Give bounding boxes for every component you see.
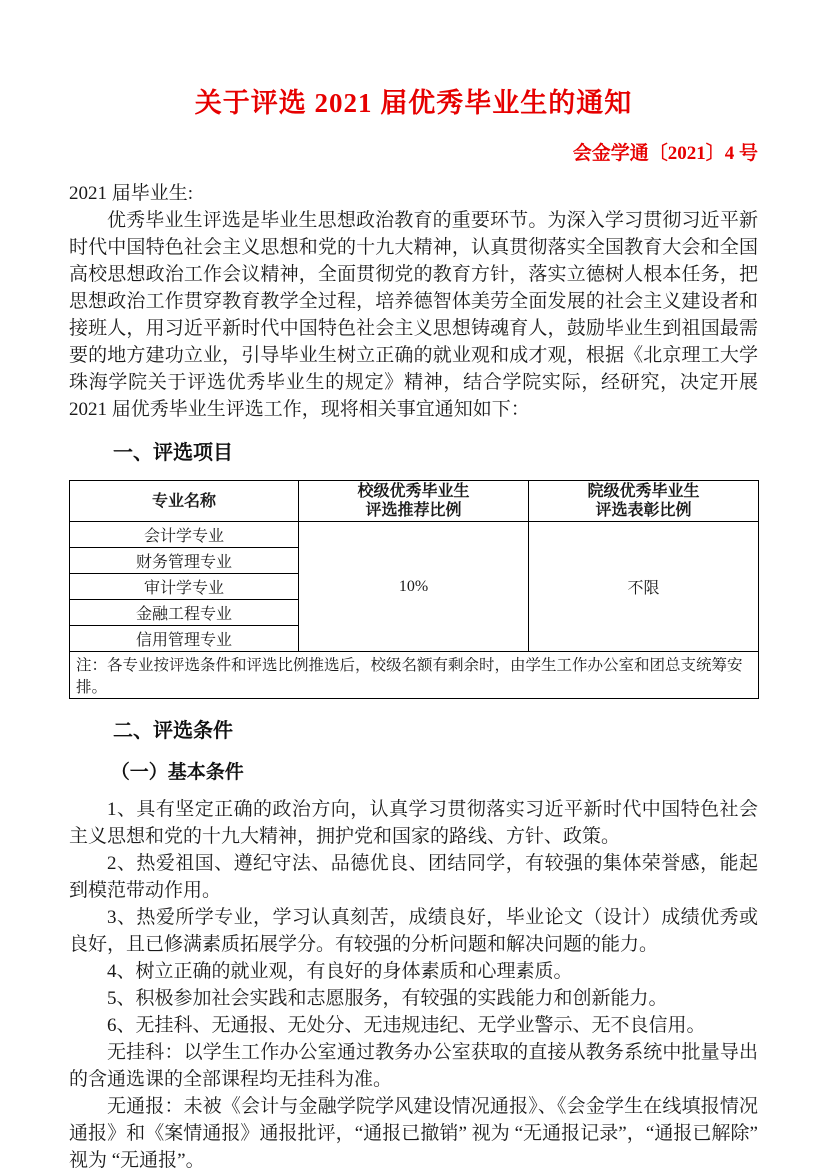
table-header-row: 专业名称 校级优秀毕业生 评选推荐比例 院级优秀毕业生 评选表彰比例: [70, 481, 759, 522]
document-page: 关于评选 2021 届优秀毕业生的通知 会金学通〔2021〕4 号 2021 届…: [0, 0, 827, 1169]
col-header-college-ratio: 院级优秀毕业生 评选表彰比例: [529, 481, 759, 522]
school-ratio-cell: 10%: [299, 522, 529, 652]
major-name-cell: 财务管理专业: [70, 548, 299, 574]
selection-ratio-table: 专业名称 校级优秀毕业生 评选推荐比例 院级优秀毕业生 评选表彰比例 会计学专业…: [69, 480, 759, 699]
condition-item-1: 1、具有坚定正确的政治方向，认真学习贯彻落实习近平新时代中国特色社会主义思想和党…: [69, 796, 758, 850]
section2-sub-heading: （一）基本条件: [111, 759, 758, 786]
table-note-row: 注：各专业按评选条件和评选比例推选后，校级名额有剩余时，由学生工作办公室和团总支…: [70, 652, 759, 699]
definition-no-fail: 无挂科：以学生工作办公室通过教务办公室获取的直接从教务系统中批量导出的含通选课的…: [69, 1039, 758, 1093]
college-ratio-cell: 不限: [529, 522, 759, 652]
table-row-major: 会计学专业 10% 不限: [70, 522, 759, 548]
major-name-cell: 信用管理专业: [70, 626, 299, 652]
intro-paragraph: 优秀毕业生评选是毕业生思想政治教育的重要环节。为深入学习贯彻习近平新时代中国特色…: [69, 207, 758, 423]
col-header-school-ratio: 校级优秀毕业生 评选推荐比例: [299, 481, 529, 522]
conditions-list: 1、具有坚定正确的政治方向，认真学习贯彻落实习近平新时代中国特色社会主义思想和党…: [69, 796, 758, 1169]
condition-item-4: 4、树立正确的就业观，有良好的身体素质和心理素质。: [69, 958, 758, 985]
condition-item-2: 2、热爱祖国、遵纪守法、品德优良、团结同学，有较强的集体荣誉感，能起到模范带动作…: [69, 850, 758, 904]
major-name-cell: 金融工程专业: [70, 600, 299, 626]
major-name-cell: 审计学专业: [70, 574, 299, 600]
salutation: 2021 届毕业生:: [69, 180, 758, 207]
condition-item-5: 5、积极参加社会实践和志愿服务，有较强的实践能力和创新能力。: [69, 985, 758, 1012]
doc-number: 会金学通〔2021〕4 号: [69, 142, 758, 166]
condition-item-6: 6、无挂科、无通报、无处分、无违规违纪、无学业警示、无不良信用。: [69, 1012, 758, 1039]
document-title: 关于评选 2021 届优秀毕业生的通知: [69, 86, 758, 120]
col-header-major: 专业名称: [70, 481, 299, 522]
table-note: 注：各专业按评选条件和评选比例推选后，校级名额有剩余时，由学生工作办公室和团总支…: [70, 652, 759, 699]
section2-heading: 二、评选条件: [113, 717, 758, 745]
section1-heading: 一、评选项目: [113, 439, 758, 467]
major-name-cell: 会计学专业: [70, 522, 299, 548]
condition-item-3: 3、热爱所学专业，学习认真刻苦，成绩良好，毕业论文（设计）成绩优秀或良好，且已修…: [69, 904, 758, 958]
definition-no-report: 无通报：未被《会计与金融学院学风建设情况通报》、《会金学生在线填报情况通报》和《…: [69, 1093, 758, 1169]
